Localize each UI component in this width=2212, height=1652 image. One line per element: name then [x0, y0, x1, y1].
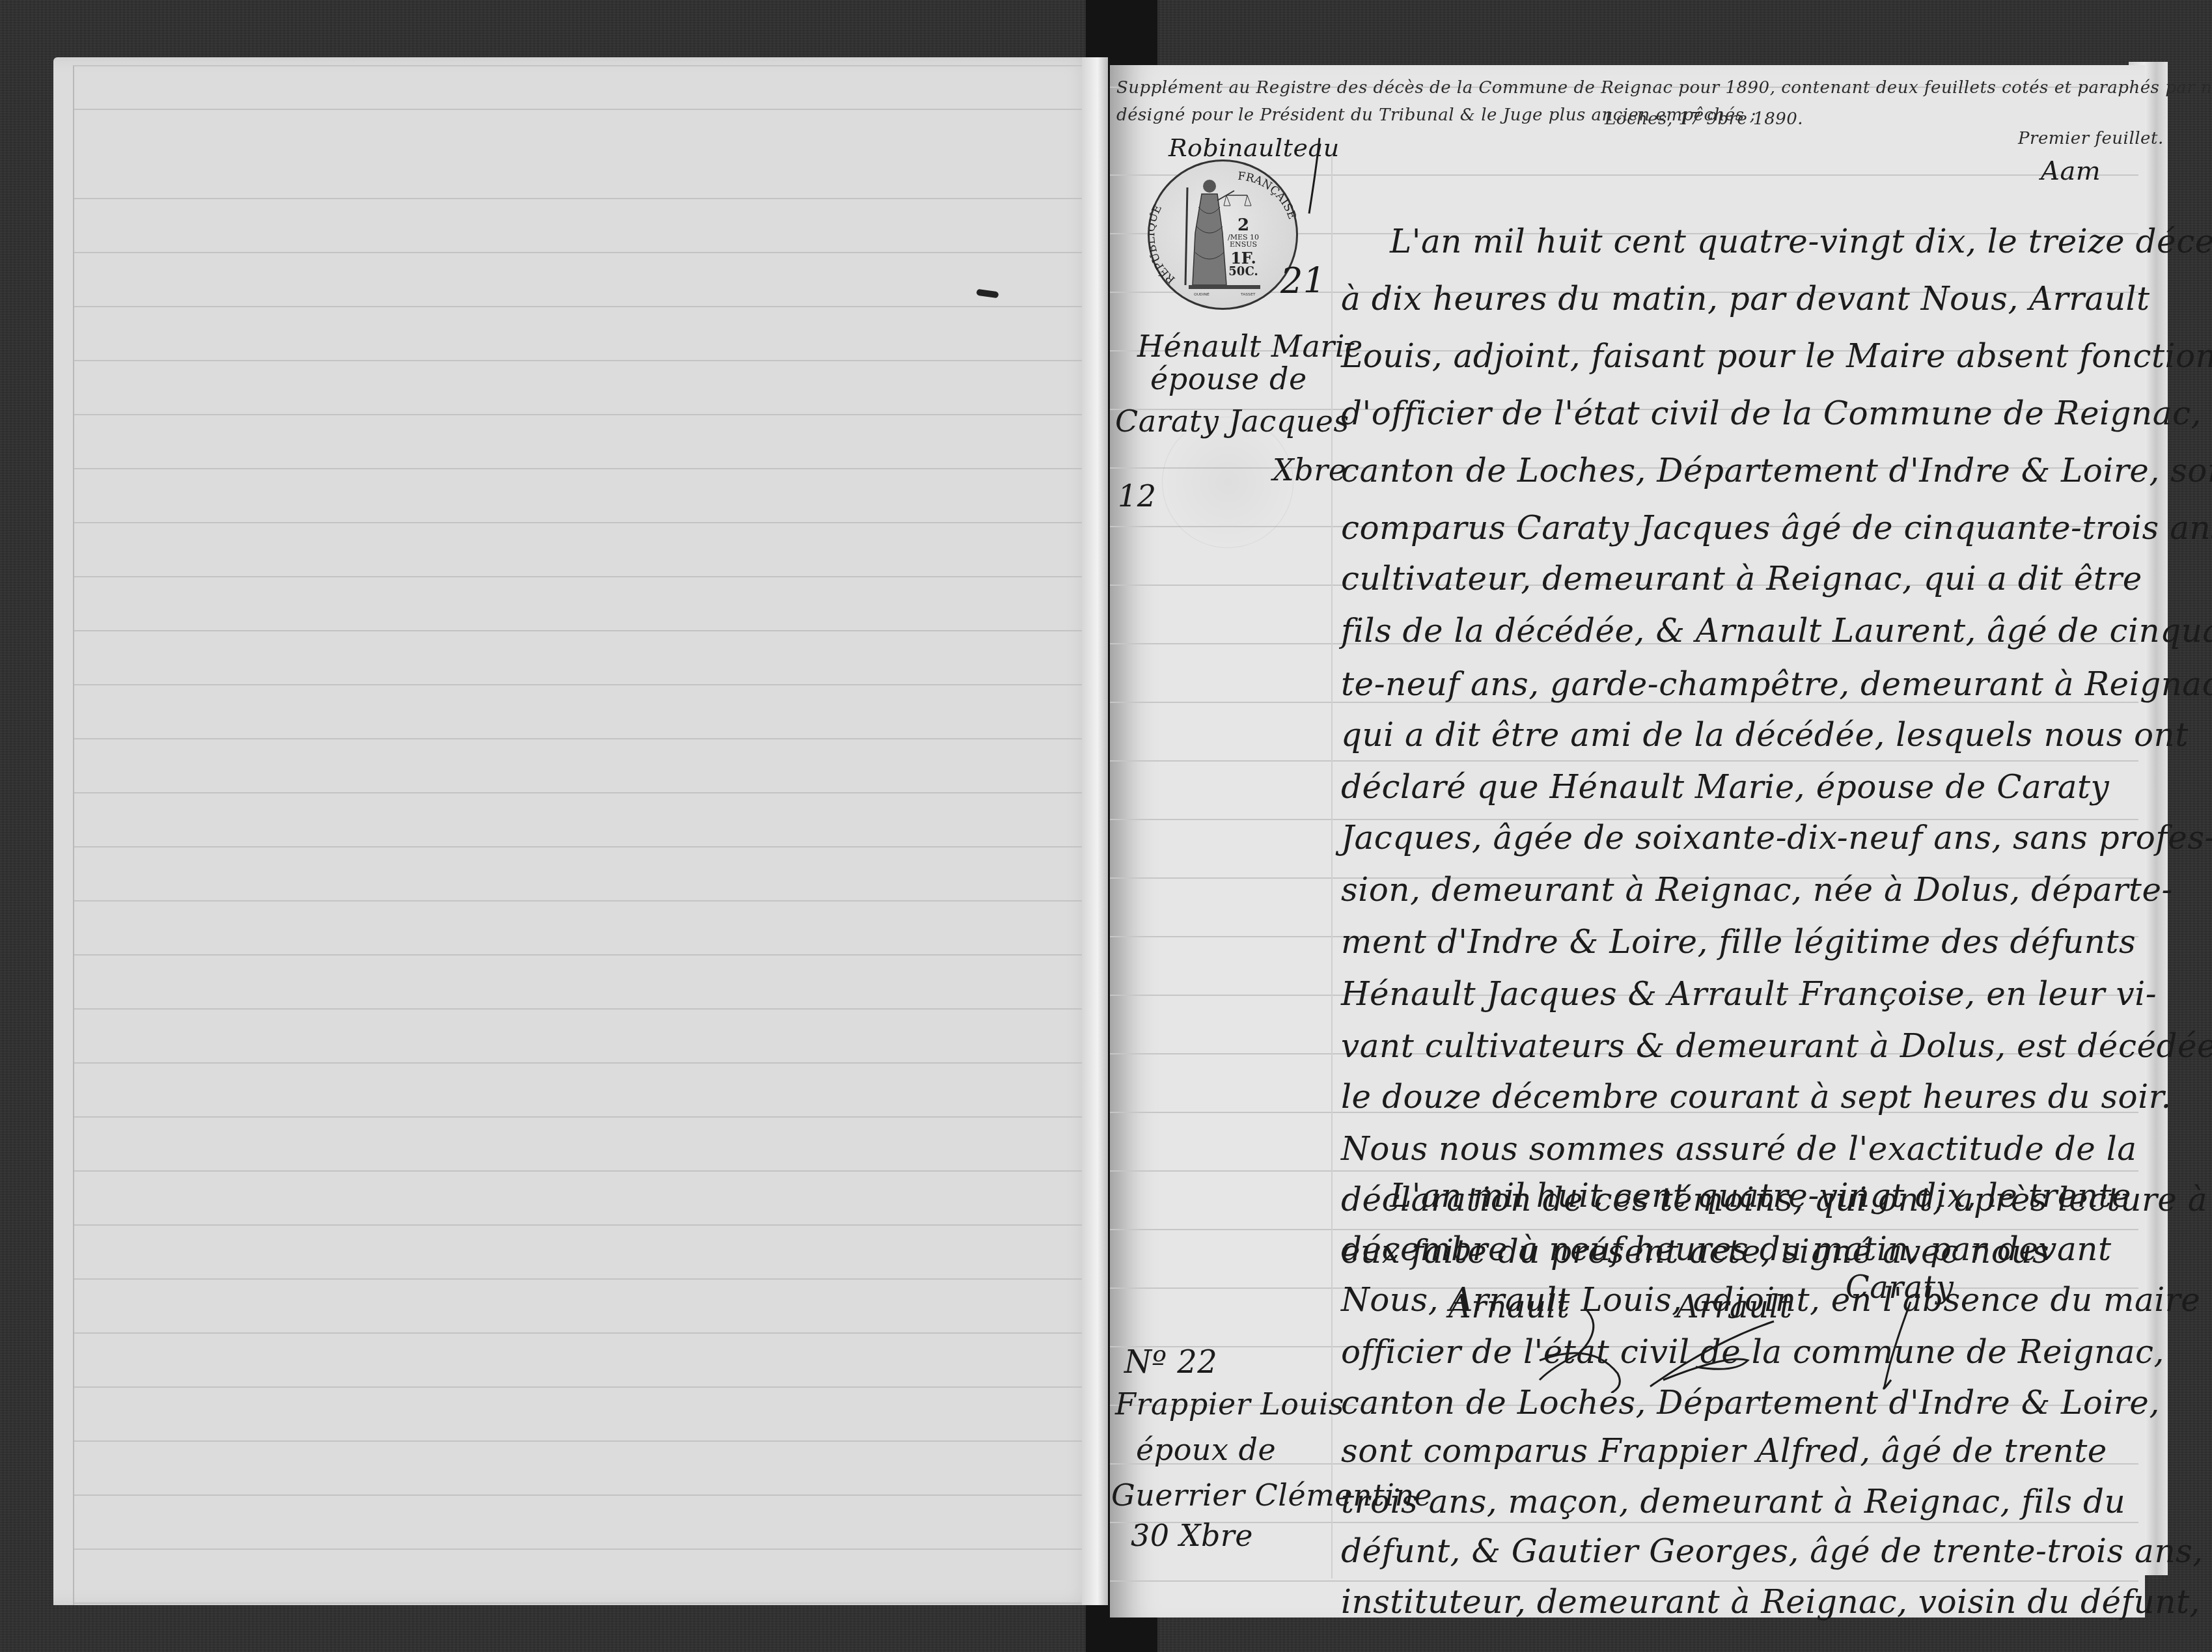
body-line: vant cultivateurs & demeurant à Dolus, e…: [1341, 1027, 2212, 1065]
body-line: ment d'Indre & Loire, fille légitime des…: [1341, 923, 2136, 961]
header-place-date: Loches, 17 9bre 1890.: [1605, 109, 1803, 129]
body-line: déclaré que Hénault Marie, épouse de Car…: [1341, 768, 2109, 806]
margin-rule: [1331, 156, 1333, 1578]
margin-date-day: 12: [1118, 478, 1157, 514]
page-edge-border: [73, 65, 1108, 1605]
signature-flourish: [1305, 137, 1325, 215]
body-line: à dix heures du matin, par devant Nous, …: [1341, 280, 2150, 318]
body-line: Hénault Jacques & Arrault Françoise, en …: [1341, 975, 2157, 1013]
right-page: Supplément au Registre des décès de la C…: [1110, 65, 2145, 1618]
body-line: officier de l'état civil de la commune d…: [1341, 1333, 2164, 1371]
svg-text:TASSET: TASSET: [1240, 292, 1256, 297]
left-page: [53, 57, 1108, 1605]
margin-date: 30 Xbre: [1131, 1518, 1253, 1553]
fiscal-stamp: RÉPUBLIQUE FRANÇAISE OUDINÉ TASSET 2 /ME…: [1148, 159, 1298, 310]
body-line: d'officier de l'état civil de la Commune…: [1341, 394, 2202, 432]
body-line: cultivateur, demeurant à Reignac, qui a …: [1341, 560, 2142, 598]
body-line: sont comparus Frappier Alfred, âgé de tr…: [1341, 1432, 2107, 1470]
body-line: canton de Loches, Département d'Indre & …: [1341, 1384, 2160, 1422]
header-line-1: Supplément au Registre des décès de la C…: [1116, 78, 2212, 98]
paraph-signature: Aam: [2041, 156, 2101, 186]
blind-embossed-stamp: [1162, 417, 1293, 548]
body-line: L'an mil huit cent quatre-vingt dix, le …: [1390, 223, 2212, 260]
body-line: instituteur, demeurant à Reignac, voisin…: [1341, 1583, 2200, 1621]
body-line: L'an mil huit cent quatre-vingt dix, le …: [1390, 1177, 2131, 1215]
folio-label: Premier feuillet.: [2018, 129, 2164, 148]
stamp-value-box: 2 /MES 10 ENSUS 1F. 50C.: [1226, 217, 1260, 278]
body-line: défunt, & Gautier Georges, âgé de trente…: [1341, 1532, 2204, 1570]
margin-name: Frappier Louis: [1115, 1386, 1344, 1422]
body-line: le douze décembre courant à sept heures …: [1341, 1078, 2172, 1116]
margin-name: Hénault Marie: [1137, 329, 1363, 364]
body-line: fils de la décédée, & Arnault Laurent, â…: [1341, 612, 2212, 650]
margin-relation: épouse de: [1150, 361, 1307, 396]
body-line: canton de Loches, Département d'Indre & …: [1341, 452, 2212, 489]
body-line: décembre à neuf heures du matin, par dev…: [1341, 1230, 2112, 1268]
body-line: te-neuf ans, garde-champêtre, demeurant …: [1341, 665, 2212, 703]
body-line: sion, demeurant à Reignac, née à Dolus, …: [1341, 871, 2173, 909]
entry-number: 21: [1280, 260, 1326, 301]
body-line: Louis, adjoint, faisant pour le Maire ab…: [1341, 337, 2212, 375]
page-curl-gutter: [1082, 57, 1108, 1605]
svg-text:RÉPUBLIQUE: RÉPUBLIQUE: [1150, 203, 1178, 286]
body-line: Nous nous sommes assuré de l'exactitude …: [1341, 1130, 2137, 1168]
body-line: comparus Caraty Jacques âgé de cinquante…: [1341, 509, 2212, 547]
entry-number: Nº 22: [1124, 1344, 1217, 1381]
stamp-justice-figure-icon: RÉPUBLIQUE FRANÇAISE OUDINÉ TASSET: [1150, 161, 1296, 308]
svg-text:OUDINÉ: OUDINÉ: [1194, 292, 1210, 297]
margin-relation: époux de: [1136, 1432, 1276, 1467]
body-line: Jacques, âgée de soixante-dix-neuf ans, …: [1341, 819, 2212, 857]
body-line: trois ans, maçon, demeurant à Reignac, f…: [1341, 1483, 2125, 1521]
body-line: Nous, Arrault Louis, adjoint, en l'absen…: [1341, 1281, 2200, 1319]
body-line: qui a dit être ami de la décédée, lesque…: [1341, 716, 2189, 754]
